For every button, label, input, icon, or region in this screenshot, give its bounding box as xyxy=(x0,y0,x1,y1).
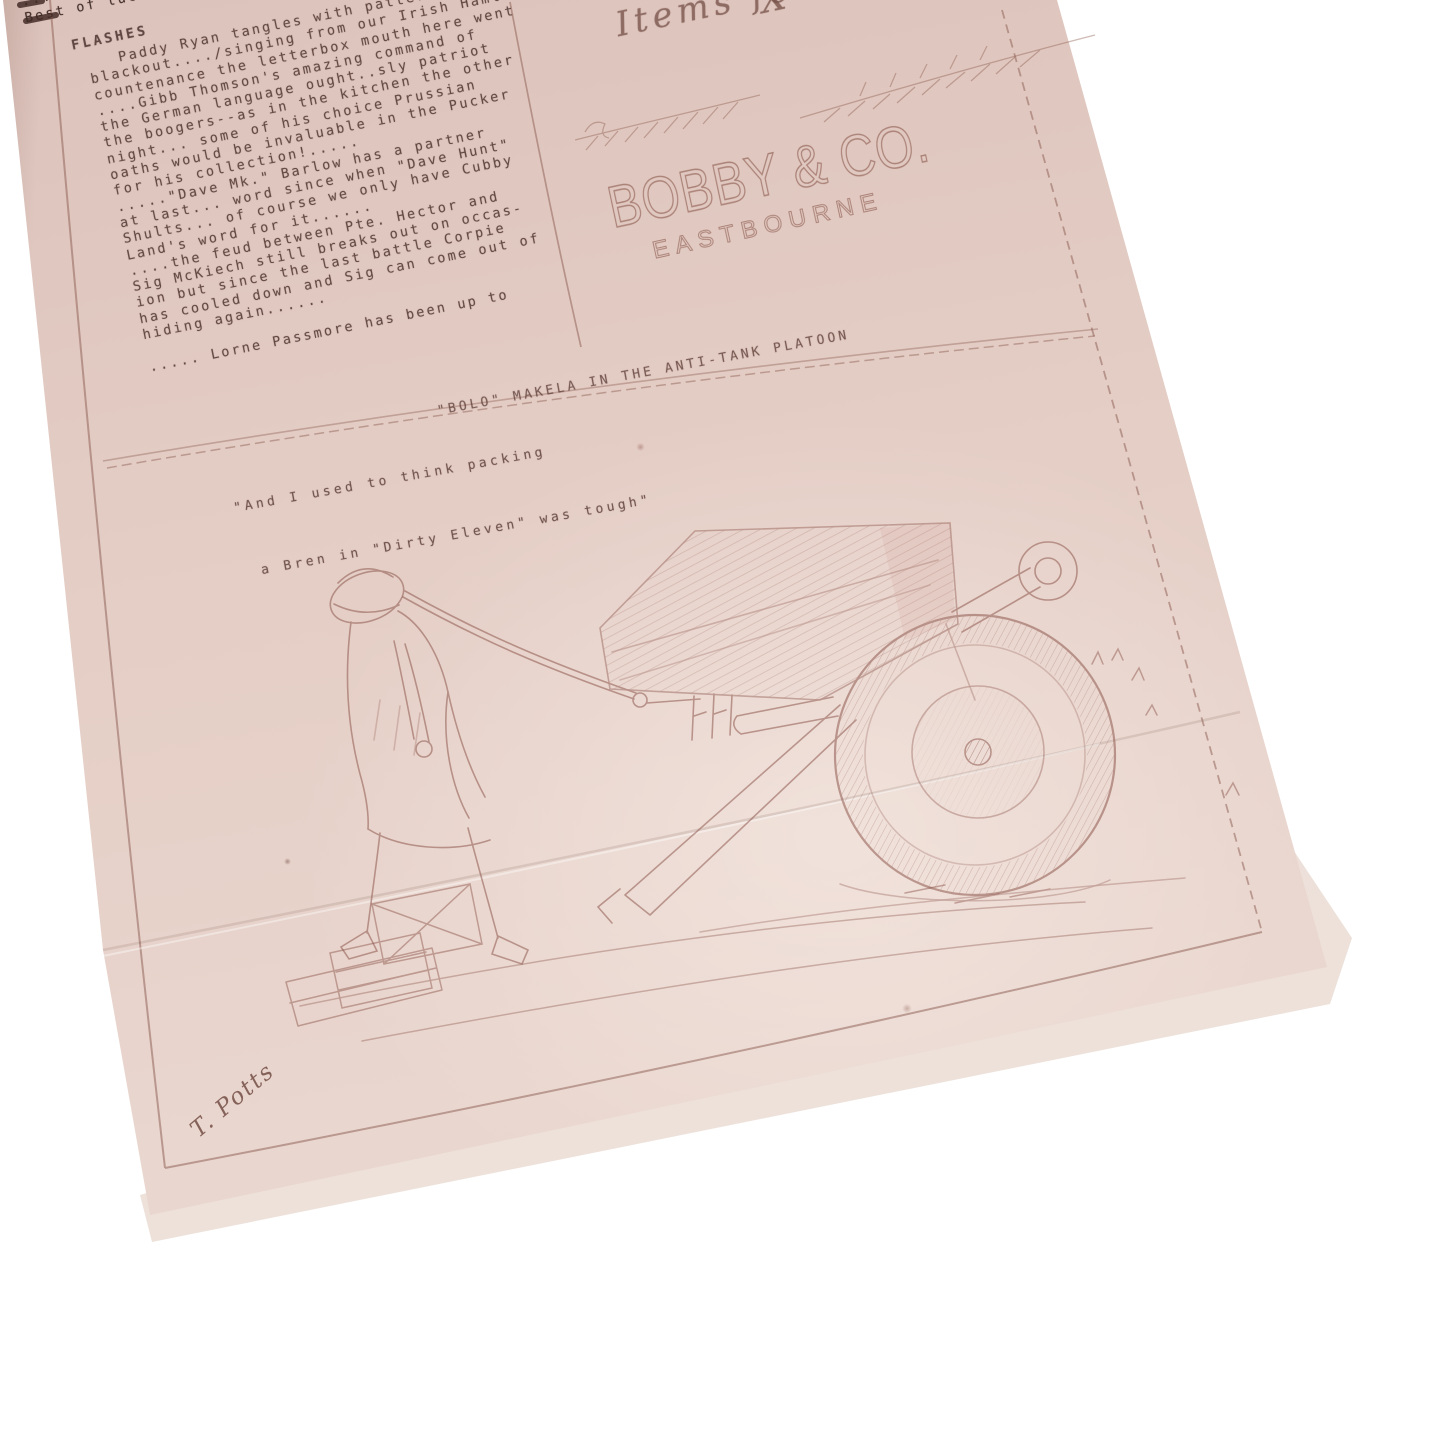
anti-tank-gun-sketch xyxy=(403,523,1115,923)
paper-stain xyxy=(636,443,645,451)
photographed-newsletter-page: ...t of .... Best of luck. FLASHES Paddy… xyxy=(0,0,1445,1445)
paper-stain xyxy=(284,858,291,865)
paper-stain xyxy=(902,1004,912,1013)
soldier-sketch xyxy=(323,561,528,964)
fern-flourish-right xyxy=(800,35,1095,122)
